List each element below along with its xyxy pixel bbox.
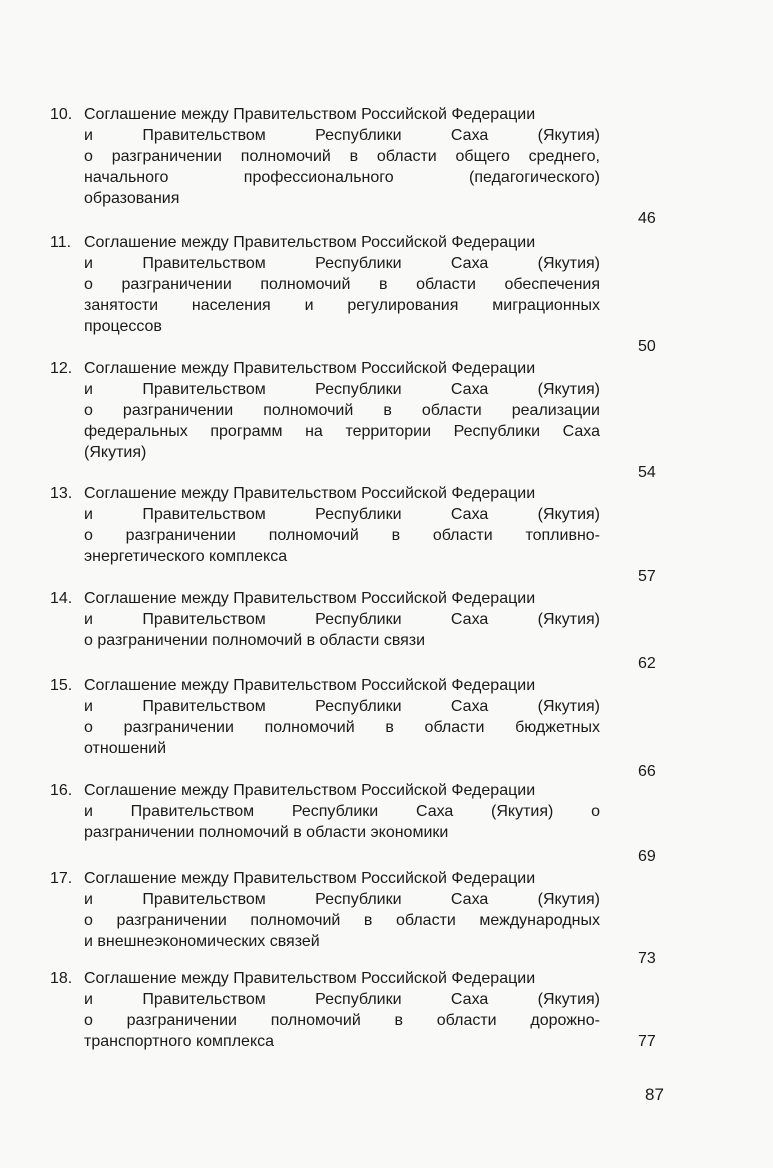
- entry-title-line: и внешнеэкономических связей: [84, 931, 600, 952]
- toc-entry: 16.Соглашение между Правительством Росси…: [50, 780, 600, 843]
- entry-title-line: и Правительством Республики Саха (Якутия…: [84, 696, 600, 717]
- entry-title-line: Соглашение между Правительством Российск…: [84, 675, 600, 696]
- entry-number: 14.: [50, 588, 84, 609]
- entry-page-ref: 69: [638, 848, 668, 866]
- entry-title-line: Соглашение между Правительством Российск…: [84, 780, 600, 801]
- toc-entry: 12.Соглашение между Правительством Росси…: [50, 358, 600, 463]
- entry-page-ref: 54: [638, 464, 668, 482]
- toc-entry: 17.Соглашение между Правительством Росси…: [50, 868, 600, 952]
- entry-title-line: и Правительством Республики Саха (Якутия…: [84, 379, 600, 400]
- entry-title-line: о разграничении полномочий в области реа…: [84, 400, 600, 421]
- entry-number: 16.: [50, 780, 84, 801]
- entry-title-line: о разграничении полномочий в области общ…: [84, 146, 600, 167]
- entry-title-line: разграничении полномочий в области эконо…: [84, 822, 600, 843]
- entry-title-line: о разграничении полномочий в области меж…: [84, 910, 600, 931]
- entry-title: Соглашение между Правительством Российск…: [84, 588, 600, 651]
- page-number: 87: [645, 1085, 664, 1105]
- entry-title-line: (Якутия): [84, 442, 600, 463]
- entry-title-line: Соглашение между Правительством Российск…: [84, 104, 600, 125]
- entry-title-line: Соглашение между Правительством Российск…: [84, 968, 600, 989]
- entry-page-ref: 66: [638, 763, 668, 781]
- entry-title: Соглашение между Правительством Российск…: [84, 358, 600, 463]
- entry-title-line: и Правительством Республики Саха (Якутия…: [84, 125, 600, 146]
- entry-title-line: процессов: [84, 316, 600, 337]
- entry-page-ref: 57: [638, 568, 668, 586]
- entry-page-ref: 46: [638, 210, 668, 228]
- entry-title-line: о разграничении полномочий в области топ…: [84, 525, 600, 546]
- toc-entry: 10.Соглашение между Правительством Росси…: [50, 104, 600, 209]
- entry-title: Соглашение между Правительством Российск…: [84, 104, 600, 209]
- entry-title-line: Соглашение между Правительством Российск…: [84, 483, 600, 504]
- entry-title-line: о разграничении полномочий в области бюд…: [84, 717, 600, 738]
- entry-title: Соглашение между Правительством Российск…: [84, 968, 600, 1052]
- entry-number: 10.: [50, 104, 84, 125]
- toc-entry: 18.Соглашение между Правительством Росси…: [50, 968, 600, 1052]
- entry-title: Соглашение между Правительством Российск…: [84, 780, 600, 843]
- entry-title-line: Соглашение между Правительством Российск…: [84, 232, 600, 253]
- entry-page-ref: 73: [638, 950, 668, 968]
- entry-title-line: начального профессионального (педагогиче…: [84, 167, 600, 188]
- entry-title-line: и Правительством Республики Саха (Якутия…: [84, 609, 600, 630]
- entry-number: 15.: [50, 675, 84, 696]
- entry-title-line: и Правительством Республики Саха (Якутия…: [84, 801, 600, 822]
- entry-title-line: энергетического комплекса: [84, 546, 600, 567]
- entry-page-ref: 77: [638, 1033, 668, 1051]
- entry-title-line: занятости населения и регулирования мигр…: [84, 295, 600, 316]
- entry-title: Соглашение между Правительством Российск…: [84, 232, 600, 337]
- entry-title-line: и Правительством Республики Саха (Якутия…: [84, 889, 600, 910]
- entry-title-line: о разграничении полномочий в области свя…: [84, 630, 600, 651]
- entry-title-line: Соглашение между Правительством Российск…: [84, 358, 600, 379]
- entry-number: 11.: [50, 232, 84, 253]
- entry-title-line: Соглашение между Правительством Российск…: [84, 588, 600, 609]
- toc-entry: 11.Соглашение между Правительством Росси…: [50, 232, 600, 337]
- entry-title-line: о разграничении полномочий в области обе…: [84, 274, 600, 295]
- entry-title-line: и Правительством Республики Саха (Якутия…: [84, 504, 600, 525]
- entry-number: 18.: [50, 968, 84, 989]
- entry-title-line: и Правительством Республики Саха (Якутия…: [84, 253, 600, 274]
- entry-title: Соглашение между Правительством Российск…: [84, 675, 600, 759]
- toc-entry: 15.Соглашение между Правительством Росси…: [50, 675, 600, 759]
- toc-entry: 13.Соглашение между Правительством Росси…: [50, 483, 600, 567]
- entry-title-line: отношений: [84, 738, 600, 759]
- entry-title-line: Соглашение между Правительством Российск…: [84, 868, 600, 889]
- entry-title-line: транспортного комплекса: [84, 1031, 600, 1052]
- entry-page-ref: 62: [638, 655, 668, 673]
- entry-title: Соглашение между Правительством Российск…: [84, 483, 600, 567]
- entry-title-line: и Правительством Республики Саха (Якутия…: [84, 989, 600, 1010]
- entry-number: 12.: [50, 358, 84, 379]
- entry-number: 13.: [50, 483, 84, 504]
- entry-title-line: о разграничении полномочий в области дор…: [84, 1010, 600, 1031]
- entry-page-ref: 50: [638, 338, 668, 356]
- entry-title: Соглашение между Правительством Российск…: [84, 868, 600, 952]
- toc-entry: 14.Соглашение между Правительством Росси…: [50, 588, 600, 651]
- entry-title-line: образования: [84, 188, 600, 209]
- entry-title-line: федеральных программ на территории Респу…: [84, 421, 600, 442]
- document-page: 10.Соглашение между Правительством Росси…: [0, 0, 773, 1168]
- entry-number: 17.: [50, 868, 84, 889]
